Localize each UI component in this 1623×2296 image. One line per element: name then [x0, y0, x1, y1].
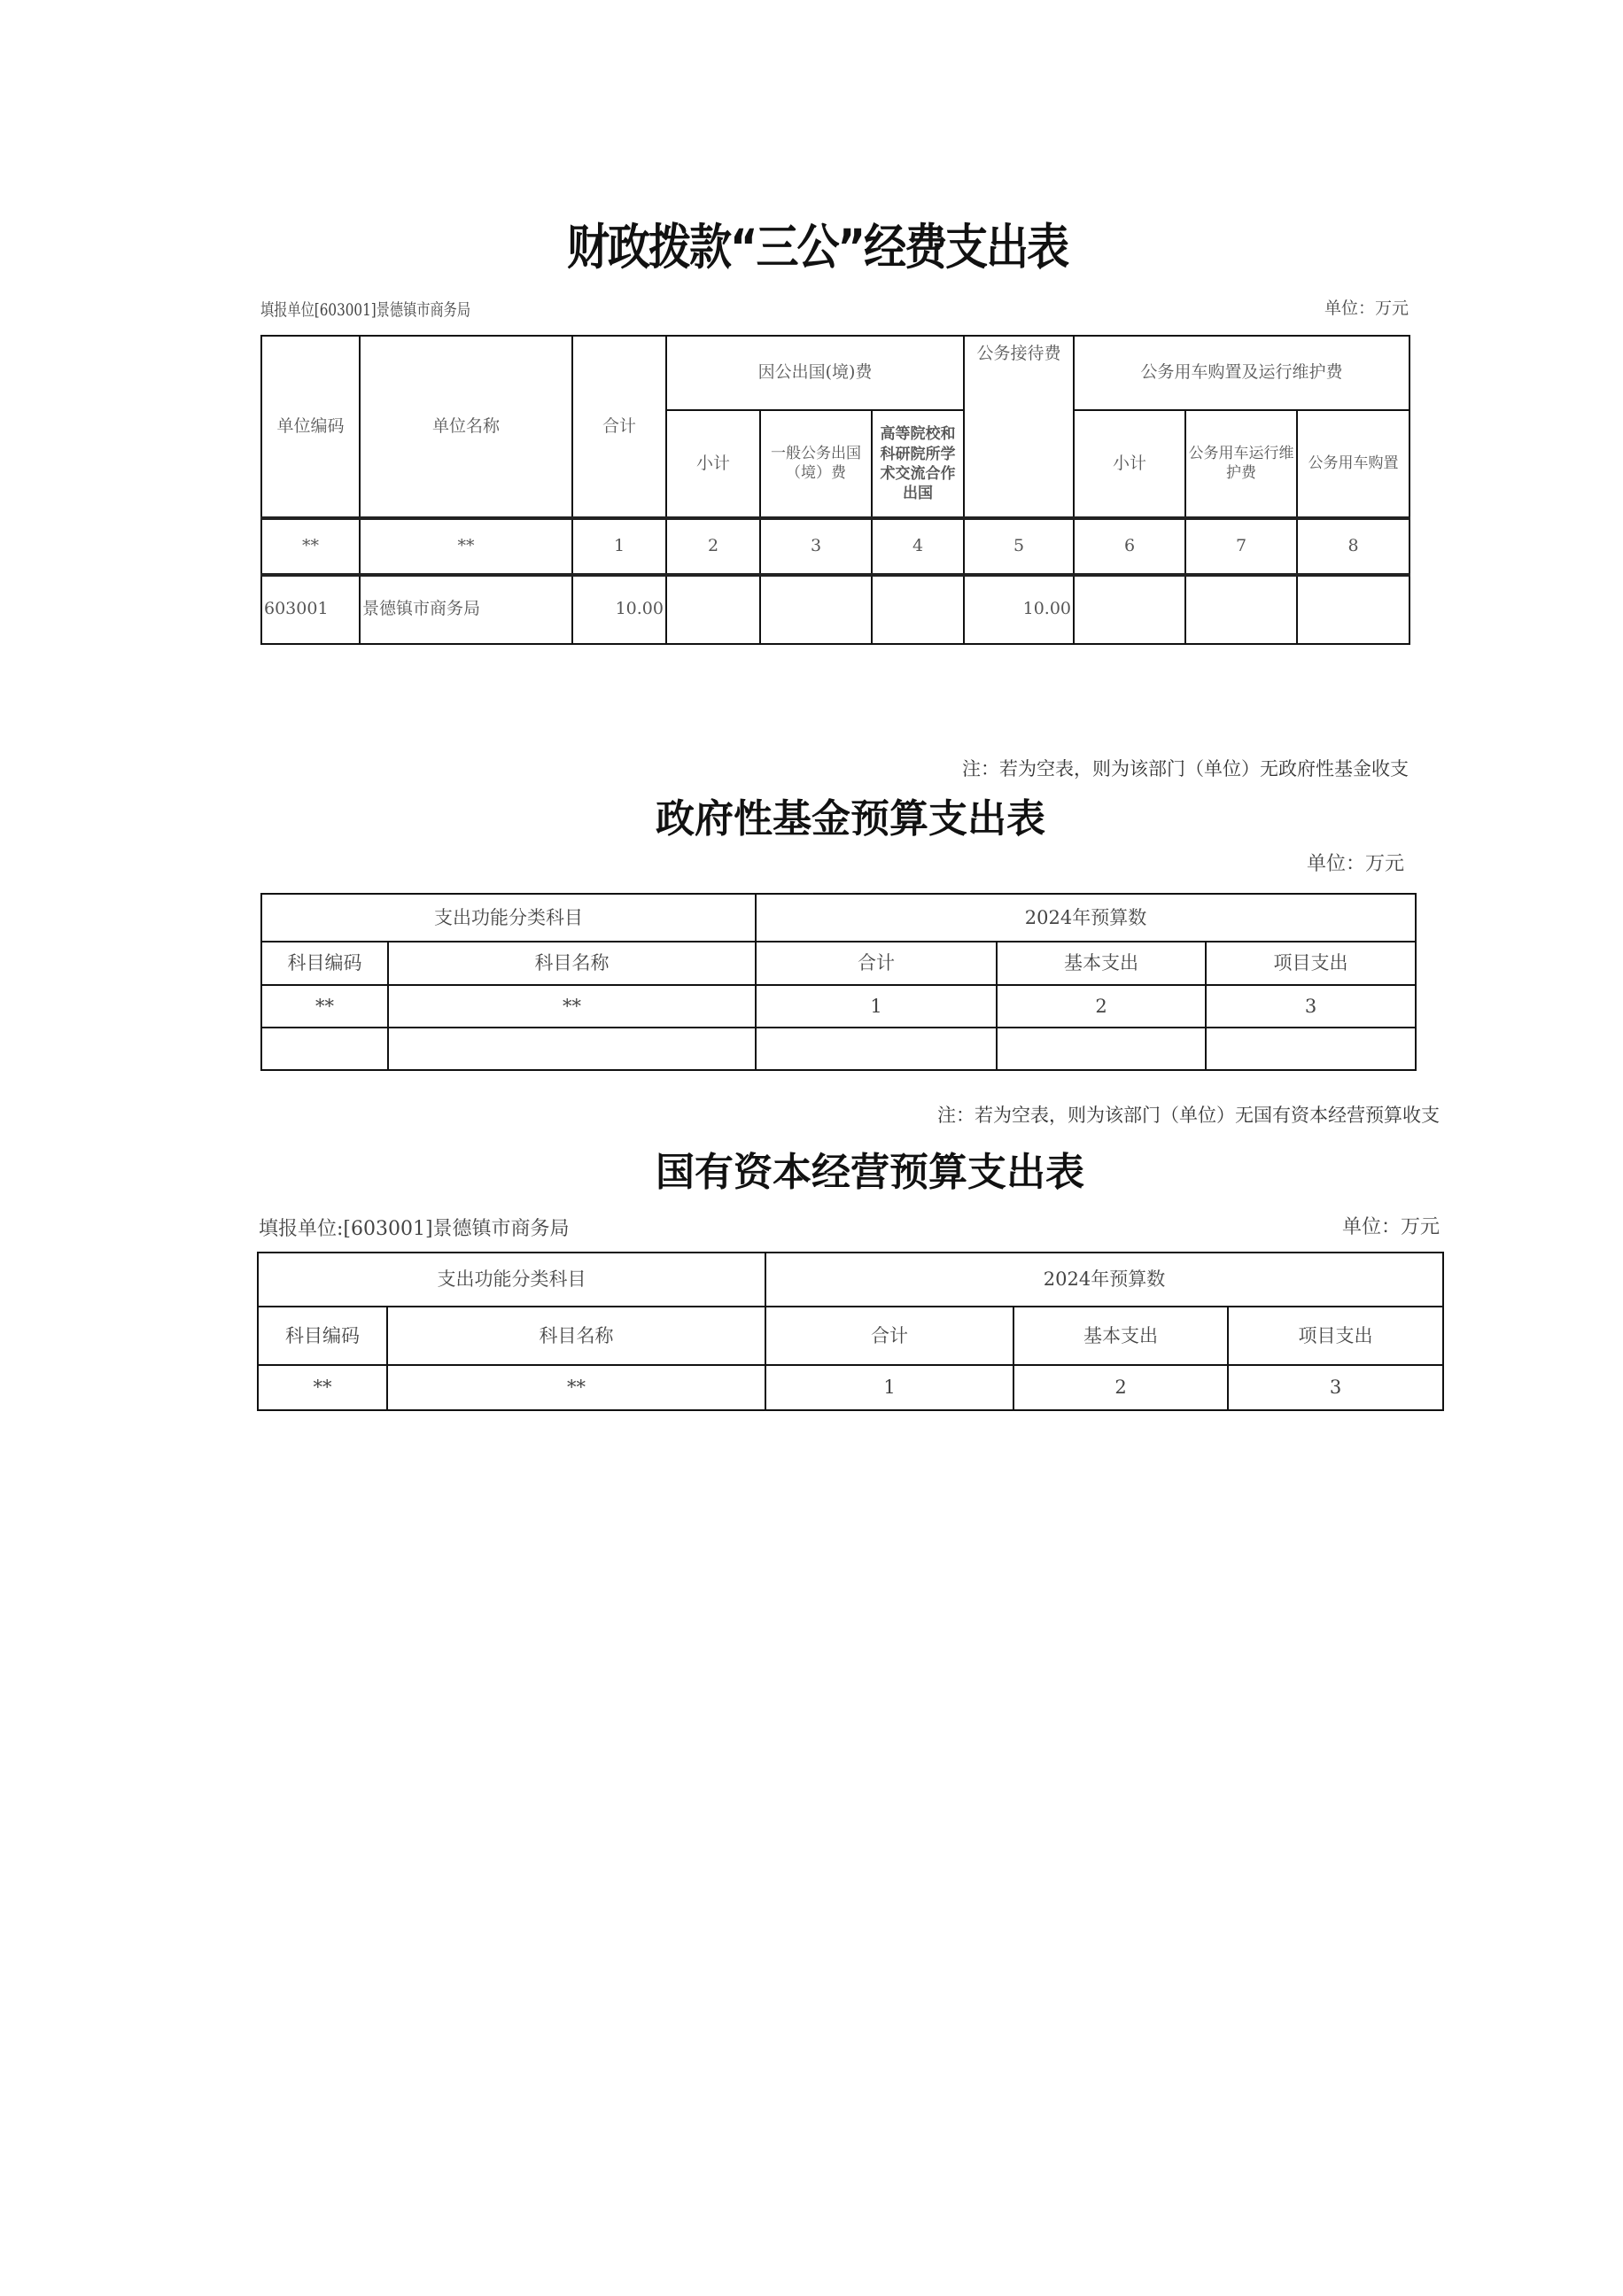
header-basic: 基本支出 — [1013, 1307, 1228, 1365]
cell-name — [388, 1028, 756, 1070]
cell-code — [261, 1028, 388, 1070]
header-row-1: 单位编码 单位名称 合计 因公出国(境)费 公务接待费 公务用车购置及运行维护费 — [261, 336, 1409, 410]
index-cell: 8 — [1297, 518, 1409, 575]
table-row — [261, 1028, 1416, 1070]
header-abroad-academic: 高等院校和科研院所学术交流合作出国 — [872, 410, 964, 517]
cell-abroad-academic — [872, 575, 964, 644]
empty-table-note: 注：若为空表，则为该部门（单位）无国有资本经营预算收支 — [886, 1101, 1440, 1128]
index-cell: ** — [388, 985, 756, 1028]
header-vehicle-maintenance: 公务用车运行维护费 — [1185, 410, 1297, 517]
index-cell: ** — [360, 518, 572, 575]
header-abroad-subtotal: 小计 — [666, 410, 760, 517]
currency-unit-label: 单位：万元 — [1311, 1212, 1440, 1239]
header-reception: 公务接待费 — [964, 336, 1074, 518]
header-row-1: 支出功能分类科目 2024年预算数 — [261, 894, 1416, 942]
header-total: 合计 — [572, 336, 666, 518]
header-vehicle-group: 公务用车购置及运行维护费 — [1074, 336, 1409, 410]
index-cell: 3 — [1206, 985, 1416, 1028]
state-capital-table: 支出功能分类科目 2024年预算数 科目编码 科目名称 合计 基本支出 项目支出… — [257, 1252, 1444, 1411]
index-row: ** ** 1 2 3 4 5 6 7 8 — [261, 518, 1409, 575]
header-basic: 基本支出 — [997, 942, 1206, 985]
header-budget-2024: 2024年预算数 — [765, 1253, 1443, 1307]
cell-total — [756, 1028, 997, 1070]
header-function-category: 支出功能分类科目 — [261, 894, 756, 942]
state-capital-title: 国有资本经营预算支出表 — [656, 1140, 1045, 1197]
index-cell: 1 — [765, 1365, 1013, 1410]
index-cell: 1 — [756, 985, 997, 1028]
government-fund-table: 支出功能分类科目 2024年预算数 科目编码 科目名称 合计 基本支出 项目支出… — [260, 893, 1417, 1071]
cell-vehicle-subtotal — [1074, 575, 1185, 644]
index-cell: ** — [261, 518, 360, 575]
header-abroad-group: 因公出国(境)费 — [666, 336, 964, 410]
header-vehicle-subtotal: 小计 — [1074, 410, 1185, 517]
header-name: 科目名称 — [387, 1307, 765, 1365]
header-abroad-general: 一般公务出国（境）费 — [760, 410, 872, 517]
index-cell: 4 — [872, 518, 964, 575]
header-project: 项目支出 — [1206, 942, 1416, 985]
header-code: 科目编码 — [258, 1307, 387, 1365]
index-cell: 6 — [1074, 518, 1185, 575]
header-row-2: 科目编码 科目名称 合计 基本支出 项目支出 — [258, 1307, 1443, 1365]
index-cell: ** — [258, 1365, 387, 1410]
index-cell: 7 — [1185, 518, 1297, 575]
header-unit-name: 单位名称 — [360, 336, 572, 518]
header-name: 科目名称 — [388, 942, 756, 985]
index-cell: 3 — [760, 518, 872, 575]
index-cell: 2 — [997, 985, 1206, 1028]
government-fund-title: 政府性基金预算支出表 — [656, 787, 1010, 843]
cell-unit-name: 景德镇市商务局 — [360, 575, 572, 644]
cell-project — [1206, 1028, 1416, 1070]
three-public-expenses-table: 单位编码 单位名称 合计 因公出国(境)费 公务接待费 公务用车购置及运行维护费… — [260, 335, 1410, 645]
index-row: ** ** 1 2 3 — [258, 1365, 1443, 1410]
header-row-2: 科目编码 科目名称 合计 基本支出 项目支出 — [261, 942, 1416, 985]
header-code: 科目编码 — [261, 942, 388, 985]
cell-vehicle-purchase — [1297, 575, 1409, 644]
header-total: 合计 — [765, 1307, 1013, 1365]
header-budget-2024: 2024年预算数 — [756, 894, 1416, 942]
index-cell: ** — [387, 1365, 765, 1410]
index-cell: 2 — [1013, 1365, 1228, 1410]
header-total: 合计 — [756, 942, 997, 985]
cell-total: 10.00 — [572, 575, 666, 644]
index-cell: 5 — [964, 518, 1074, 575]
currency-unit-label: 单位：万元 — [1320, 295, 1409, 319]
cell-unit-code: 603001 — [261, 575, 360, 644]
currency-unit-label: 单位：万元 — [1276, 849, 1404, 876]
cell-abroad-general — [760, 575, 872, 644]
index-cell: 3 — [1228, 1365, 1443, 1410]
header-row-1: 支出功能分类科目 2024年预算数 — [258, 1253, 1443, 1307]
table-row: 603001 景德镇市商务局 10.00 10.00 — [261, 575, 1409, 644]
index-cell: 2 — [666, 518, 760, 575]
index-cell: ** — [261, 985, 388, 1028]
cell-reception: 10.00 — [964, 575, 1074, 644]
empty-table-note: 注：若为空表，则为该部门（单位）无政府性基金收支 — [886, 755, 1409, 781]
header-project: 项目支出 — [1228, 1307, 1443, 1365]
cell-basic — [997, 1028, 1206, 1070]
three-public-expenses-title: 财政拨款“三公”经费支出表 — [567, 208, 1063, 278]
filler-unit-label: 填报单位:[603001]景德镇市商务局 — [259, 1214, 570, 1241]
index-cell: 1 — [572, 518, 666, 575]
cell-abroad-subtotal — [666, 575, 760, 644]
index-row: ** ** 1 2 3 — [261, 985, 1416, 1028]
header-function-category: 支出功能分类科目 — [258, 1253, 765, 1307]
header-unit-code: 单位编码 — [261, 336, 360, 518]
filler-unit-label: 填报单位[603001]景德镇市商务局 — [260, 297, 470, 321]
header-vehicle-purchase: 公务用车购置 — [1297, 410, 1409, 517]
cell-vehicle-maintenance — [1185, 575, 1297, 644]
